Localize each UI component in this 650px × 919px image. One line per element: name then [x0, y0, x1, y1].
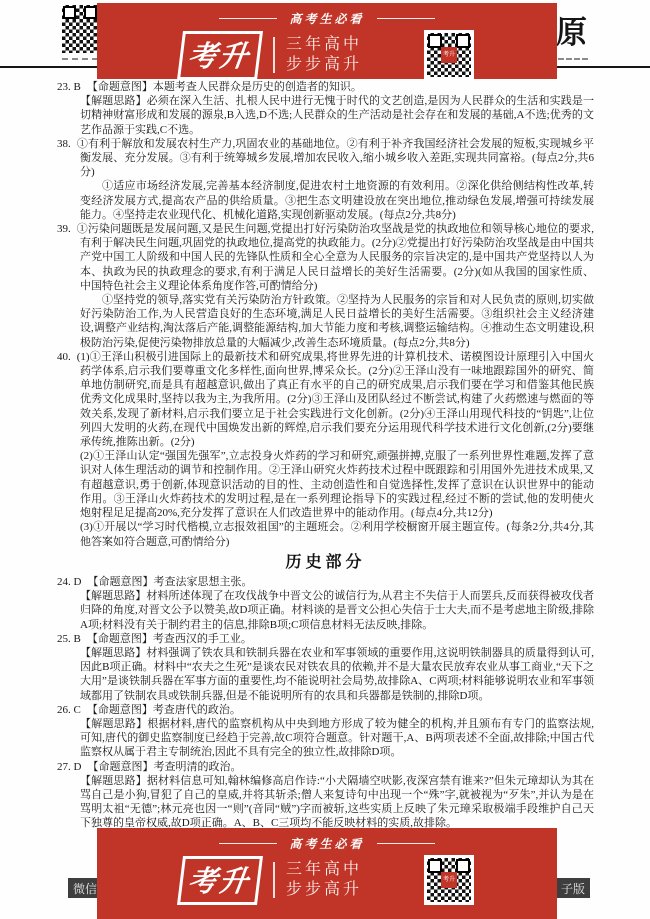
answer-text: (1)①王泽山积极引进国际上的最新技术和研究成果,将世界先进的计算机技术、诺模图… — [77, 351, 594, 448]
answer-paragraph: ①适应市场经济发展,完善基本经济制度,促进农村土地资源的有效利用。②深化供给侧结… — [80, 179, 594, 222]
qr-center-logo: 考升 — [441, 872, 457, 888]
slogan-line-1: 三年高中 — [286, 861, 362, 878]
qr-center-logo: 考升 — [441, 47, 457, 63]
answer-text: ①有利于解放和发展农村生产力,巩固农业的基础地位。②有利于补齐我国经济社会发展的… — [77, 138, 594, 178]
answer-entry-25: 25. B【命题意图】考查西汉的手工业。 【解题思路】材料强调了铁农具和铁制兵器… — [57, 632, 594, 703]
question-number: 40. — [57, 351, 71, 363]
banner-qr-code[interactable]: 考升 — [424, 855, 474, 905]
answer-text: 【命题意图】考查唐代的政治。 — [87, 704, 241, 716]
slogan-line-2: 步步高升 — [286, 881, 362, 898]
scanned-answer-page: 原 高考生必看 考升 三年高中 步步高升 考升 23. B【命题意图】本题考查人… — [0, 0, 650, 919]
answer-paragraph: 【解题思路】必须在深入生活、扎根人民中进行无愧于时代的文艺创造,是因为人民群众的… — [80, 94, 594, 137]
answer-entry-40: 40.(1)①王泽山积极引进国际上的最新技术和研究成果,将世界先进的计算机技术、… — [57, 350, 594, 549]
banner-slogan: 三年高中 步步高升 — [286, 35, 362, 75]
question-number: 25. B — [57, 633, 81, 645]
ad-banner-bottom[interactable]: 高考生必看 考升 三年高中 步步高升 考升 — [97, 828, 557, 919]
answer-entry-24: 24. D【命题意图】考查法家思想主张。 【解题思路】材料所述体现了在攻伐战争中… — [57, 575, 594, 632]
banner-tagline-row: 高考生必看 — [97, 828, 557, 852]
tagline-line-right — [377, 843, 435, 844]
tagline-line-left — [219, 843, 277, 844]
answer-paragraph: ①坚持党的领导,落实党有关污染防治方针政策。②坚持为人民服务的宗旨和对人民负责的… — [80, 293, 594, 350]
answer-paragraph: 【解题思路】根据材料,唐代的监察机构从中央到地方形成了较为健全的机构,并且颁布有… — [80, 717, 594, 760]
ad-banner-top[interactable]: 高考生必看 考升 三年高中 步步高升 考升 — [97, 3, 557, 79]
answer-text: ①污染问题既是发展问题,又是民生问题,党提出打好污染防治攻坚战是党的执政地位和领… — [77, 223, 594, 292]
footer-left-text: 微信 — [73, 880, 97, 897]
footer-right-text: 子版 — [561, 880, 585, 897]
banner-logo-row: 考升 三年高中 步步高升 考升 — [97, 855, 557, 905]
banner-logo-row: 考升 三年高中 步步高升 考升 — [97, 30, 557, 80]
answer-paragraph: 40.(1)①王泽山积极引进国际上的最新技术和研究成果,将世界先进的计算机技术、… — [80, 350, 594, 449]
question-number: 24. D — [57, 576, 81, 588]
question-number: 39. — [57, 223, 71, 235]
question-number: 23. B — [57, 81, 81, 93]
tagline-line-left — [219, 18, 277, 19]
qr-pattern — [62, 5, 98, 53]
answer-paragraph: 38.①有利于解放和发展农村生产力,巩固农业的基础地位。②有利于补齐我国经济社会… — [80, 137, 594, 180]
banner-qr-code[interactable]: 考升 — [424, 30, 474, 80]
answer-paragraph: 26. C【命题意图】考查唐代的政治。 — [80, 703, 594, 717]
dashed-mark — [558, 58, 588, 60]
banner-slogan: 三年高中 步步高升 — [286, 860, 362, 900]
answer-paragraph: (2)①王泽山认定“强国先强军”,立志投身火炸药的学习和研究,顽强拼搏,克服了一… — [80, 449, 594, 520]
banner-tagline: 高考生必看 — [289, 835, 364, 852]
vertical-divider — [273, 862, 275, 898]
slogan-line-1: 三年高中 — [286, 36, 362, 53]
answer-entry-26: 26. C【命题意图】考查唐代的政治。 【解题思路】根据材料,唐代的监察机构从中… — [57, 703, 594, 760]
banner-tagline: 高考生必看 — [289, 10, 364, 27]
answer-text: 【命题意图】考查西汉的手工业。 — [87, 633, 252, 645]
page-corner-character: 原 — [556, 16, 587, 50]
vertical-divider — [273, 37, 275, 73]
answer-entry-27: 27. D【命题意图】考查明清的政治。 【解题思路】据材料信息可知,翰林编修高启… — [57, 760, 594, 828]
answer-paragraph: 27. D【命题意图】考查明清的政治。 — [80, 760, 594, 774]
answer-paragraph: 25. B【命题意图】考查西汉的手工业。 — [80, 632, 594, 646]
answer-text: 【命题意图】本题考查人民群众是历史的创造者的知识。 — [87, 81, 362, 93]
slogan-line-2: 步步高升 — [286, 56, 362, 73]
history-section-heading: 历史部分 — [57, 556, 594, 570]
answer-paragraph: 39.①污染问题既是发展问题,又是民生问题,党提出打好污染防治攻坚战是党的执政地… — [80, 222, 594, 293]
answer-text: 【命题意图】考查明清的政治。 — [87, 761, 241, 773]
question-number: 38. — [57, 138, 71, 150]
answer-text: 【命题意图】考查法家思想主张。 — [87, 576, 252, 588]
question-number: 26. C — [57, 704, 81, 716]
answer-paragraph: 23. B【命题意图】本题考查人民群众是历史的创造者的知识。 — [80, 80, 594, 94]
brand-logo: 考升 — [177, 31, 263, 80]
answer-entry-23: 23. B【命题意图】本题考查人民群众是历史的创造者的知识。 【解题思路】必须在… — [57, 80, 594, 137]
answer-paragraph: 【解题思路】据材料信息可知,翰林编修高启作诗:“小犬隔墙空吠影,夜深宫禁有谁来?… — [80, 774, 594, 828]
banner-tagline-row: 高考生必看 — [97, 3, 557, 27]
answer-entry-39: 39.①污染问题既是发展问题,又是民生问题,党提出打好污染防治攻坚战是党的执政地… — [57, 222, 594, 350]
corner-qr-code — [62, 5, 98, 53]
answer-paragraph: 【解题思路】材料强调了铁农具和铁制兵器在农业和军事领域的重要作用,这说明铁制器具… — [80, 646, 594, 703]
answer-entry-38: 38.①有利于解放和发展农村生产力,巩固农业的基础地位。②有利于补齐我国经济社会… — [57, 137, 594, 222]
answer-paragraph: (3)①开展以“学习时代楷模,立志报效祖国”的主题班会。②利用学校橱窗开展主题宣… — [80, 520, 594, 548]
dashed-mark — [62, 58, 98, 60]
tagline-line-right — [377, 18, 435, 19]
answer-paragraph: 【解题思路】材料所述体现了在攻伐战争中晋文公的诚信行为,从君主不失信于人而罢兵,… — [80, 589, 594, 632]
question-number: 27. D — [57, 761, 81, 773]
brand-logo: 考升 — [177, 856, 263, 905]
answers-body: 23. B【命题意图】本题考查人民群众是历史的创造者的知识。 【解题思路】必须在… — [57, 80, 594, 828]
answer-paragraph: 24. D【命题意图】考查法家思想主张。 — [80, 575, 594, 589]
